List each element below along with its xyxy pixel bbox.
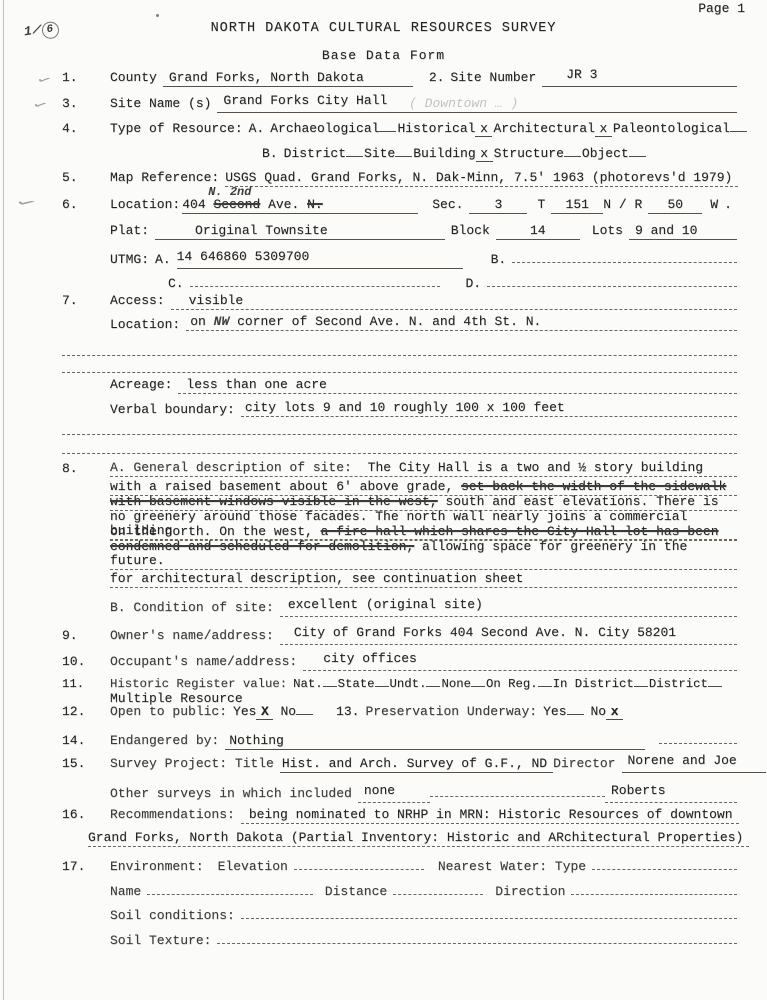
utmg-b-blank — [512, 248, 737, 263]
director-label: Director — [553, 756, 615, 771]
scan-dot-artifact — [156, 14, 159, 17]
name-blank — [147, 880, 313, 895]
distance-label: Distance — [325, 884, 387, 899]
description-struck-text: condemned and scheduled for demolition, — [110, 539, 414, 554]
option-district: District — [284, 146, 346, 161]
field-open-public-preservation: 12. Open to public: YesX No 13. Preserva… — [0, 704, 737, 720]
map-reference-label: Map Reference: — [110, 170, 219, 185]
block-label: Block — [451, 223, 490, 238]
option-structure: Structure — [494, 146, 564, 161]
blank-line — [62, 453, 737, 454]
type-a-option: Paleontological — [613, 121, 748, 136]
access-location-label: Location: — [110, 317, 180, 332]
item-number: 12. — [62, 704, 110, 719]
condition-value: excellent (original site) — [288, 597, 483, 612]
location-label: Location: — [110, 197, 180, 212]
option-mark-slot: x — [476, 146, 493, 162]
field-environment: 17. Environment: Elevation Nearest Water… — [0, 855, 737, 874]
occupant-value: city offices — [323, 651, 417, 666]
type-b-option: Site — [364, 146, 413, 161]
option-nat: Nat. — [293, 677, 323, 691]
range-label: N / R — [603, 197, 642, 212]
section-value: 3 — [469, 197, 527, 214]
site-number-value: JR 3 — [548, 67, 597, 82]
field-county-sitenumber: 1. County Grand Forks, North Dakota 2. S… — [0, 70, 737, 87]
type-a-option: Historicalx — [397, 121, 493, 137]
option-mark-slot — [730, 131, 747, 132]
type-label: Type of Resource: — [110, 121, 243, 136]
owner-value: City of Grand Forks 404 Second Ave. N. C… — [294, 625, 676, 640]
option-mark-slot: x — [595, 121, 612, 137]
item-number: 4. — [62, 121, 110, 136]
distance-blank — [393, 880, 483, 895]
type-b-option: District — [284, 146, 364, 161]
blank-line — [62, 434, 737, 435]
option-in-district: In District — [553, 677, 634, 691]
recommendations-line2: Grand Forks, North Dakota (Partial Inven… — [88, 830, 749, 847]
description-line-1: A. General description of site: The City… — [110, 461, 737, 477]
nearest-water-label: Nearest Water: Type — [438, 859, 586, 874]
field-type-of-resource-b: B. District Site Buildingx Structure Obj… — [0, 146, 737, 162]
utmg-d-blank — [487, 272, 737, 287]
other-surveys-blank — [430, 782, 605, 797]
section-label: Sec. — [432, 197, 463, 212]
acreage-value: less than one acre — [178, 377, 737, 394]
no-label: No — [591, 704, 607, 719]
option-paleontological: Paleontological — [613, 121, 730, 136]
scanned-form-page: 1/6 ✓ ✓ ✓ Page 1 NORTH DAKOTA CULTURAL R… — [0, 0, 767, 1000]
description-text: on the north. On the west, — [110, 524, 321, 539]
option-mark-slot — [564, 156, 581, 157]
struck-street-name: Second — [213, 197, 260, 212]
handwritten-correction: N. 2nd — [208, 185, 251, 199]
type-b-option: Object — [582, 146, 647, 161]
option-site: Site — [364, 146, 395, 161]
open-public-label: Open to public: — [110, 704, 227, 719]
option-mark-slot: x — [475, 121, 492, 137]
county-value: Grand Forks, North Dakota — [163, 70, 413, 87]
field-utmg-cd: C. D. — [0, 272, 737, 291]
soil-conditions-blank — [241, 904, 737, 919]
type-b-prefix: B. — [262, 146, 278, 161]
option-architectural: Architectural — [493, 121, 594, 136]
field-verbal-boundary: Verbal boundary: city lots 9 and 10 roug… — [0, 400, 737, 417]
verbal-boundary-label: Verbal boundary: — [110, 402, 235, 417]
field-plat: Plat: Original Townsite Block 14 Lots 9 … — [0, 223, 737, 240]
description-label: A. General description of site: — [110, 460, 352, 475]
endangered-label: Endangered by: — [110, 733, 219, 748]
field-other-surveys: Other surveys in which included none Rob… — [0, 782, 737, 803]
west-label: W — [710, 197, 718, 212]
field-survey-project: 15. Survey Project: Title Hist. and Arch… — [0, 756, 737, 773]
type-a-option: Architecturalx — [493, 121, 612, 137]
page-number: Page 1 — [698, 1, 745, 16]
description-text: south and east elevations. There is — [438, 494, 719, 509]
register-option: On Reg. — [486, 677, 553, 691]
plat-label: Plat: — [110, 223, 149, 238]
preservation-yes: Yes — [543, 704, 584, 719]
utmg-c-blank — [190, 272, 440, 287]
item-number: 9. — [62, 628, 110, 643]
description-struck-text: set back the width of the sidewalk — [461, 479, 726, 494]
option-mark-slot — [629, 156, 646, 157]
township-label: T — [537, 197, 545, 212]
block-value: 14 — [496, 223, 580, 240]
street-ave: Ave. — [268, 197, 299, 212]
field-soil-conditions: Soil conditions: — [0, 904, 737, 923]
yes-label: Yes — [233, 704, 256, 719]
description-struck-text: with basement windows visible in the wes… — [110, 494, 438, 509]
recommendations-label: Recommendations: — [110, 807, 235, 822]
continuation-text: for architectural description, see conti… — [110, 571, 523, 586]
yes-label: Yes — [543, 704, 566, 719]
utmg-a-value: 14 646860 5309700 — [177, 249, 310, 264]
item-number: 15. — [62, 756, 110, 771]
field-location: 6. Location: N. 2nd 404 Second Ave. N. S… — [0, 197, 737, 214]
item-number: 1. — [62, 70, 110, 85]
utmg-label: UTMG: — [110, 252, 149, 267]
field-map-reference: 5. Map Reference: USGS Quad. Grand Forks… — [0, 170, 737, 187]
endangered-blank — [659, 729, 737, 744]
option-state: State — [338, 677, 375, 691]
blank-line — [62, 372, 737, 373]
form-subtitle: Base Data Form — [0, 48, 767, 63]
plat-value: Original Townsite — [155, 223, 445, 240]
option-historical: Historical — [397, 121, 475, 136]
option-undt: Undt. — [390, 677, 427, 691]
field-soil-texture: Soil Texture: — [0, 929, 737, 948]
field-site-name: 3. Site Name (s) Grand Forks City Hall (… — [0, 96, 737, 113]
access-value: visible — [171, 293, 737, 310]
utmg-b-label: B. — [491, 252, 507, 267]
option-none: None — [441, 677, 471, 691]
option-mark-slot — [426, 686, 440, 687]
register-option: Nat. — [293, 677, 338, 691]
option-district: District — [649, 677, 708, 691]
option-mark-slot — [634, 686, 648, 687]
acreage-label: Acreage: — [110, 377, 172, 392]
access-location-post: corner of Second Ave. N. and 4th St. N. — [237, 314, 541, 329]
director-value-line1: Norene and Joe — [628, 753, 737, 768]
item-number: 10. — [62, 654, 110, 669]
type-b-option: Structure — [494, 146, 582, 161]
no-label: No — [280, 704, 296, 719]
field-acreage: Acreage: less than one acre — [0, 377, 737, 394]
recommendations-line1: being nominated to NRHP in MRN: Historic… — [241, 807, 739, 824]
option-mark-slot — [323, 686, 337, 687]
field-access-location: Location: on NW corner of Second Ave. N.… — [0, 314, 737, 331]
struck-direction: N. — [307, 197, 323, 212]
director-value-line2: Roberts — [611, 783, 666, 798]
option-building: Building — [413, 146, 475, 161]
no-mark-slot: x — [606, 704, 623, 720]
occupant-label: Occupant's name/address: — [110, 654, 297, 669]
description-line-6: condemned and scheduled for demolition, … — [110, 540, 737, 570]
option-mark-slot — [346, 156, 363, 157]
item-number: 16. — [62, 807, 110, 822]
item-number: 8. — [62, 461, 78, 476]
handwritten-nw: NW — [214, 314, 230, 329]
item-number: 7. — [62, 293, 110, 308]
soil-texture-label: Soil Texture: — [110, 933, 211, 948]
option-mark-slot — [538, 686, 552, 687]
field-type-of-resource-a: 4. Type of Resource: A. Archaeological H… — [0, 121, 737, 137]
type-a-option: Archaeological — [270, 121, 397, 136]
item-number: 11. — [62, 677, 110, 691]
type-b-option: Buildingx — [413, 146, 493, 162]
survey-label: Survey Project: Title — [110, 756, 274, 771]
field-condition: B. Condition of site: excellent (origina… — [0, 600, 737, 617]
range-value: 50 — [648, 197, 702, 214]
item-number: 14. — [62, 733, 110, 748]
option-mark-slot — [379, 131, 396, 132]
type-a-prefix: A. — [249, 121, 265, 136]
description-struck-text: a fire hall which shares the City Hall l… — [321, 524, 719, 539]
field-access: 7. Access: visible — [0, 293, 737, 310]
elevation-blank — [294, 855, 424, 870]
register-option: None — [441, 677, 486, 691]
handwritten-note: ( Downtown … ) — [409, 96, 518, 111]
option-archaeological: Archaeological — [270, 121, 379, 136]
direction-blank — [571, 880, 737, 895]
option-mark-slot — [471, 686, 485, 687]
utmg-d-label: D. — [466, 276, 482, 291]
access-label: Access: — [110, 293, 165, 308]
site-number-label: Site Number — [450, 70, 536, 85]
direction-label: Direction — [495, 884, 565, 899]
endangered-value: Nothing — [225, 733, 290, 749]
map-reference-value: USGS Quad. Grand Forks, N. Dak-Minn, 7.5… — [225, 170, 738, 187]
open-public-no: No — [280, 704, 314, 719]
lots-label: Lots — [592, 223, 623, 238]
access-location-pre: on — [190, 314, 206, 329]
field-endangered: 14. Endangered by: Nothing — [0, 729, 737, 750]
field-utmg-ab: UTMG: A. 14 646860 5309700 B. — [0, 248, 737, 269]
field-historic-register: 11. Historic Register value: Nat. State … — [0, 677, 737, 691]
utmg-c-label: C. — [168, 276, 184, 291]
form-title: NORTH DAKOTA CULTURAL RESOURCES SURVEY — [0, 21, 767, 36]
environment-label: Environment: — [110, 859, 204, 874]
soil-texture-blank — [217, 929, 737, 944]
preservation-label: Preservation Underway: — [365, 704, 537, 719]
county-label: County — [110, 70, 157, 85]
verbal-boundary-value: city lots 9 and 10 roughly 100 x 100 fee… — [241, 400, 737, 417]
item-number: 2. — [429, 70, 445, 85]
no-mark-slot — [296, 714, 313, 715]
yes-mark-slot: X — [256, 704, 273, 720]
field-recommendations-line2: Grand Forks, North Dakota (Partial Inven… — [0, 830, 737, 847]
option-mark-slot — [395, 156, 412, 157]
utmg-a-label: A. — [155, 252, 171, 267]
condition-label: B. Condition of site: — [110, 600, 274, 615]
description-text: with a raised basement about 6' above gr… — [110, 479, 461, 494]
item-number: 17. — [62, 859, 110, 874]
field-occupant: 10. Occupant's name/address: city office… — [0, 654, 737, 671]
field-environment-name: Name Distance Direction — [0, 880, 737, 899]
option-object: Object — [582, 146, 629, 161]
preservation-no: Nox — [591, 704, 625, 720]
register-option: In District — [553, 677, 649, 691]
field-recommendations: 16. Recommendations: being nominated to … — [0, 807, 737, 824]
soil-conditions-label: Soil conditions: — [110, 908, 235, 923]
site-name-value: Grand Forks City Hall — [223, 93, 387, 108]
period: . — [724, 197, 732, 212]
site-name-label: Site Name (s) — [110, 96, 211, 111]
register-option: State — [338, 677, 390, 691]
open-public-yes: YesX — [233, 704, 274, 720]
item-number: 5. — [62, 170, 110, 185]
option-mark-slot — [708, 686, 722, 687]
street-number: 404 — [182, 197, 205, 212]
field-owner: 9. Owner's name/address: City of Grand F… — [0, 628, 737, 645]
item-number: 13. — [336, 704, 359, 719]
other-surveys-value: none — [364, 783, 395, 798]
elevation-label: Elevation — [218, 859, 288, 874]
continuation-note: for architectural description, see conti… — [110, 572, 737, 588]
survey-title-value: Hist. and Arch. Survey of G.F., ND — [280, 756, 553, 773]
other-surveys-label: Other surveys in which included — [110, 786, 352, 801]
item-number: 3. — [62, 96, 110, 111]
option-mark-slot — [375, 686, 389, 687]
register-option: Undt. — [390, 677, 442, 691]
name-label: Name — [110, 884, 141, 899]
lots-value: 9 and 10 — [629, 223, 737, 240]
township-value: 151 — [551, 197, 603, 214]
water-type-blank — [592, 855, 737, 870]
register-option: District — [649, 677, 723, 691]
yes-mark-slot — [567, 714, 584, 715]
description-text: The City Hall is a two and ½ story build… — [368, 460, 703, 475]
register-label: Historic Register value: — [110, 677, 287, 691]
item-number: 6. — [62, 197, 110, 212]
option-on-reg: On Reg. — [486, 677, 538, 691]
owner-label: Owner's name/address: — [110, 628, 274, 643]
blank-line — [62, 355, 737, 356]
